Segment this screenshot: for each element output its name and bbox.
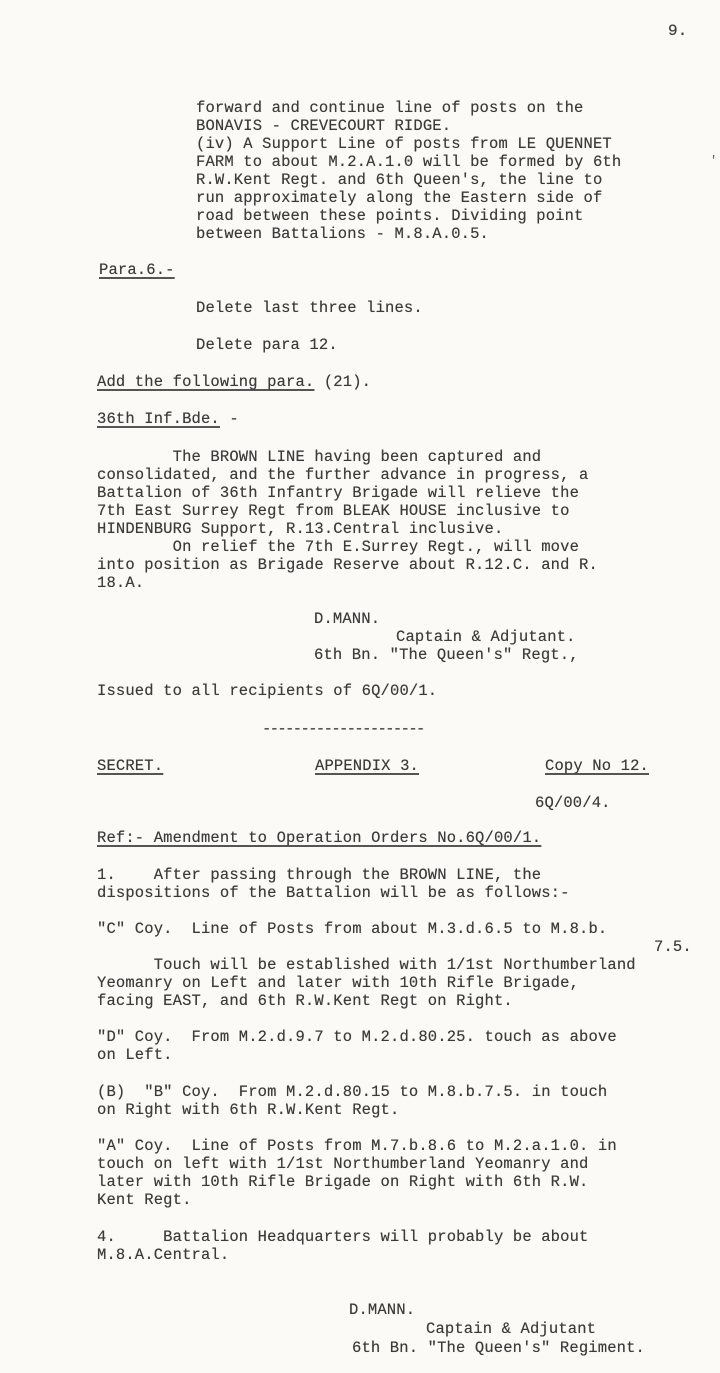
continuation-line: FARM to about M.2.A.1.0 will be formed b… [196,153,621,171]
add-para-number: (21). [314,373,371,391]
appendix-signature-name: D.MANN. [349,1301,415,1319]
appendix-signature-rank: Captain & Adjutant [426,1320,596,1338]
a-coy-line: "A" Coy. Line of Posts from M.7.b.8.6 to… [97,1137,617,1155]
add-para-heading: Add the following para. [97,373,314,391]
d-coy-line: on Left. [97,1046,173,1064]
c-coy-line: Touch will be established with 1/1st Nor… [97,956,636,974]
appendix-signature-unit: 6th Bn. "The Queen's" Regiment. [352,1339,645,1357]
copy-number: Copy No 12. [545,757,649,775]
continuation-line: R.W.Kent Regt. and 6th Queen's, the line… [196,171,602,189]
signature-rank: Captain & Adjutant. [396,628,576,646]
continuation-line: BONAVIS - CREVECOURT RIDGE. [196,117,451,135]
body-line: Battalion of 36th Infantry Brigade will … [97,484,579,502]
item4-line: 4. Battalion Headquarters will probably … [97,1228,588,1246]
a-coy-line: touch on left with 1/1st Northumberland … [97,1155,588,1173]
page-number: 9. [668,22,688,40]
ref-line: Ref:- Amendment to Operation Orders No.6… [97,829,541,847]
d-coy-line: "D" Coy. From M.2.d.9.7 to M.2.d.80.25. … [97,1028,617,1046]
continuation-line: run approximately along the Eastern side… [196,189,602,207]
c-coy-line: Yeomanry on Left and later with 10th Rif… [97,974,579,992]
c-coy-line: facing EAST, and 6th R.W.Kent Regt on Ri… [97,992,513,1010]
body-line: The BROWN LINE having been captured and [97,448,541,466]
continuation-line: (iv) A Support Line of posts from LE QUE… [196,135,612,153]
body-line: On relief the 7th E.Surrey Regt., will m… [97,538,579,556]
b-coy-line: (B) "B" Coy. From M.2.d.80.15 to M.8.b.7… [97,1083,607,1101]
continuation-line: road between these points. Dividing poin… [196,207,584,225]
delete-para-instruction: Delete para 12. [196,336,338,354]
b-coy-line: on Right with 6th R.W.Kent Regt. [97,1101,399,1119]
delete-lines-instruction: Delete last three lines. [196,299,423,317]
brigade-heading-suffix: - [220,410,239,428]
margin-mark: ' [710,154,717,168]
body-line: 7th East Surrey Regt from BLEAK HOUSE in… [97,502,570,520]
item4-line: M.8.A.Central. [97,1246,229,1264]
continuation-line: forward and continue line of posts on th… [196,99,584,117]
issued-note: Issued to all recipients of 6Q/00/1. [97,682,437,700]
body-line: HINDENBURG Support, R.13.Central inclusi… [97,520,503,538]
signature-unit: 6th Bn. "The Queen's" Regt., [314,646,579,664]
appendix-title: APPENDIX 3. [315,757,419,775]
body-line: 18.A. [97,574,144,592]
document-page: 9. forward and continue line of posts on… [0,0,720,1373]
separator-line: --------------------- [262,720,424,738]
a-coy-line: later with 10th Rifle Brigade on Right w… [97,1173,588,1191]
continuation-line: between Battalions - M.8.A.0.5. [196,225,489,243]
para6-heading: Para.6.- [99,261,175,279]
c-coy-line: "C" Coy. Line of Posts from about M.3.d.… [97,920,607,938]
body-line: into position as Brigade Reserve about R… [97,556,598,574]
body-line: consolidated, and the further advance in… [97,466,588,484]
add-para-line: Add the following para. (21). [97,373,371,391]
a-coy-line: Kent Regt. [97,1191,192,1209]
classification-label: SECRET. [97,757,163,775]
signature-name: D.MANN. [314,610,380,628]
item1-line: dispositions of the Battalion will be as… [97,884,570,902]
c-coy-line: 7.5. [654,938,692,956]
brigade-heading: 36th Inf.Bde. [97,410,220,428]
reference-number: 6Q/00/4. [535,794,611,812]
brigade-line: 36th Inf.Bde. - [97,410,239,428]
item1-line: 1. After passing through the BROWN LINE,… [97,866,541,884]
